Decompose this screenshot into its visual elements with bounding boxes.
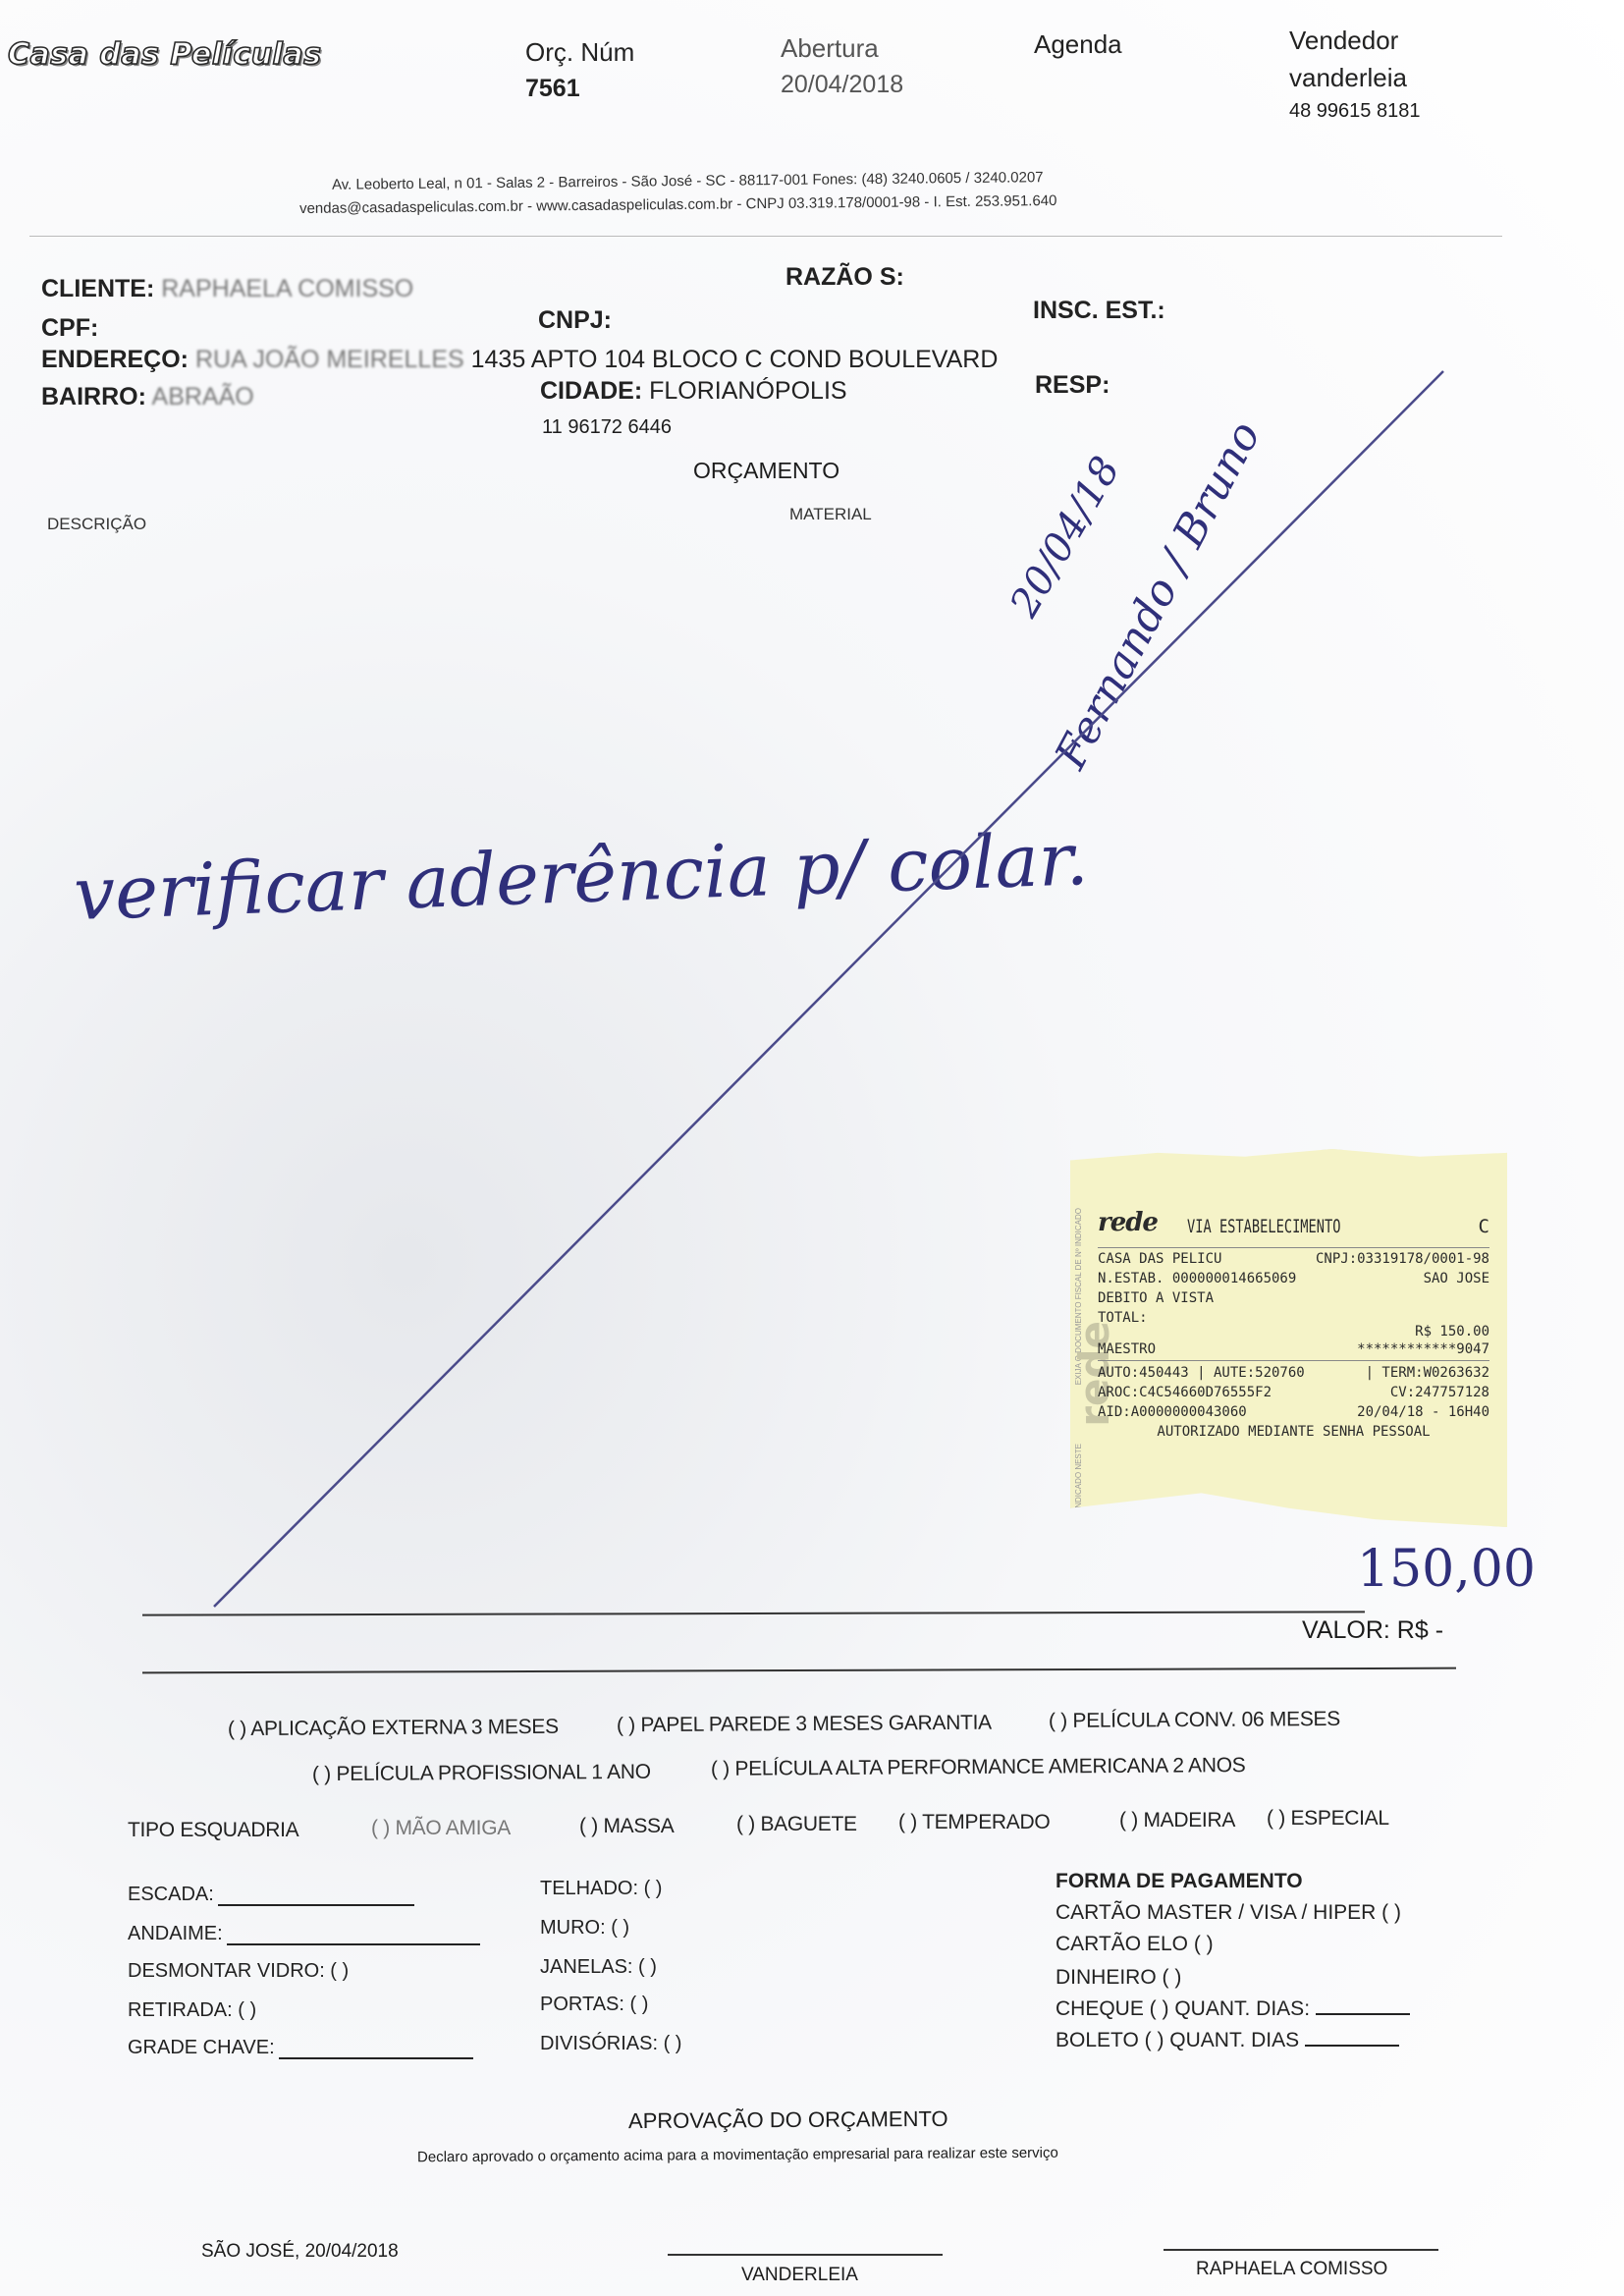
- payment-option-card[interactable]: CARTÃO MASTER / VISA / HIPER ( ): [1056, 1901, 1401, 1925]
- handwritten-date: 20/04/18: [1001, 449, 1129, 625]
- company-contact: vendas@casadaspeliculas.com.br - www.cas…: [299, 192, 1057, 217]
- value-line: [142, 1611, 1365, 1615]
- cancel-strike-line: [0, 0, 1624, 2296]
- cidade-row: CIDADE: FLORIANÓPOLIS: [540, 377, 847, 406]
- budget-title: ORÇAMENTO: [693, 458, 839, 484]
- bairro-label: BAIRRO:: [41, 383, 146, 410]
- extra-desmontar-vidro[interactable]: DESMONTAR VIDRO: ( ): [128, 1960, 349, 1983]
- receipt-merchant: CASA DAS PELICU: [1098, 1251, 1221, 1267]
- company-address: Av. Leoberto Leal, n 01 - Salas 2 - Barr…: [332, 169, 1044, 193]
- client-signature-line: [1164, 2249, 1438, 2251]
- opening-label: Abertura: [781, 33, 879, 64]
- frame-option-baguete[interactable]: ( ) BAGUETE: [736, 1813, 857, 1836]
- order-number: 7561: [525, 75, 580, 103]
- receipt-copy-code: C: [1479, 1216, 1489, 1237]
- client-signature-name: RAPHAELA COMISSO: [1196, 2259, 1387, 2280]
- receipt-cv: CV:247757128: [1390, 1385, 1489, 1400]
- receipt-auto: AUTO:450443 | AUTE:520760: [1098, 1365, 1305, 1381]
- extra-grade-chave-label: GRADE CHAVE:: [128, 2037, 275, 2058]
- receipt-type: DEBITO A VISTA: [1098, 1290, 1214, 1306]
- approval-place-date: SÃO JOSÉ, 20/04/2018: [201, 2241, 399, 2263]
- frame-type-label: TIPO ESQUADRIA: [128, 1819, 298, 1842]
- frame-option-mao-amiga[interactable]: ( ) MÃO AMIGA: [371, 1817, 511, 1840]
- service-option-conventional-film[interactable]: ( ) PELÍCULA CONV. 06 MESES: [1049, 1708, 1340, 1733]
- receipt-aid: AID:A0000000043060: [1098, 1404, 1247, 1420]
- receipt-aroc: AROC:C4C54660D76555F2: [1098, 1385, 1272, 1400]
- cidade-label: CIDADE:: [540, 377, 642, 405]
- receipt-side-note-bottom: INDICADO NESTE: [1074, 1444, 1083, 1510]
- seller-name: vanderleia: [1289, 63, 1407, 93]
- extra-andaime-label: ANDAIME:: [128, 1923, 223, 1944]
- address-row: ENDEREÇO: RUA JOÃO MEIRELLES 1435 APTO 1…: [41, 346, 998, 374]
- cnpj-label: CNPJ:: [538, 306, 612, 334]
- approval-declaration: Declaro aprovado o orçamento acima para …: [417, 2145, 1058, 2166]
- resp-row: RESP:: [1035, 371, 1110, 400]
- description-label: DESCRIÇÃO: [47, 515, 146, 534]
- extra-portas[interactable]: PORTAS: ( ): [540, 1994, 648, 2016]
- payment-option-elo[interactable]: CARTÃO ELO ( ): [1056, 1933, 1214, 1956]
- receipt-brand: rede: [1098, 1208, 1158, 1237]
- receipt-city: SAO JOSE: [1424, 1271, 1489, 1286]
- value-label: VALOR: R$ -: [1302, 1616, 1443, 1645]
- razao-row: RAZÃO S:: [785, 263, 904, 292]
- receipt-total-value: R$ 150.00: [1415, 1324, 1489, 1339]
- frame-option-madeira[interactable]: ( ) MADEIRA: [1119, 1809, 1235, 1832]
- frame-option-temperado[interactable]: ( ) TEMPERADO: [898, 1811, 1050, 1834]
- frame-option-massa[interactable]: ( ) MASSA: [579, 1815, 674, 1838]
- extra-janelas[interactable]: JANELAS: ( ): [540, 1956, 657, 1979]
- seller-label: Vendedor: [1289, 26, 1398, 56]
- extra-grade-chave[interactable]: GRADE CHAVE:: [128, 2037, 473, 2059]
- cidade-value: FLORIANÓPOLIS: [649, 377, 846, 405]
- order-number-label: Orç. Núm: [525, 37, 634, 68]
- razao-label: RAZÃO S:: [785, 263, 904, 291]
- insc-label: INSC. EST.:: [1033, 297, 1165, 324]
- payment-title: FORMA DE PAGAMENTO: [1056, 1870, 1303, 1893]
- seller-phone: 48 99615 8181: [1289, 100, 1420, 123]
- client-row: CLIENTE: RAPHAELA COMISSO: [41, 275, 413, 303]
- frame-option-especial[interactable]: ( ) ESPECIAL: [1267, 1807, 1389, 1831]
- section-divider: [142, 1667, 1456, 1674]
- bairro-value: ABRAÃO: [152, 383, 254, 410]
- payment-boleto-label: BOLETO ( ) QUANT. DIAS: [1056, 2029, 1299, 2051]
- cnpj-row: CNPJ:: [538, 306, 612, 335]
- receipt-title: VIA ESTABELECIMENTO: [1187, 1216, 1397, 1237]
- opening-date: 20/04/2018: [781, 71, 903, 99]
- address-value: 1435 APTO 104 BLOCO C COND BOULEVARD: [464, 346, 999, 373]
- extra-andaime[interactable]: ANDAIME:: [128, 1923, 480, 1945]
- extra-retirada[interactable]: RETIRADA: ( ): [128, 1999, 256, 2022]
- payment-cheque-label: CHEQUE ( ) QUANT. DIAS:: [1056, 1997, 1310, 2020]
- seller-signature-name: VANDERLEIA: [741, 2265, 858, 2286]
- receipt-estab: N.ESTAB. 000000014665069: [1098, 1271, 1296, 1286]
- extra-escada-label: ESCADA:: [128, 1884, 214, 1905]
- receipt-card-brand: MAESTRO: [1098, 1341, 1156, 1357]
- company-logo: Casa das Películas: [8, 37, 321, 72]
- extra-divisorias[interactable]: DIVISÓRIAS: ( ): [540, 2033, 681, 2055]
- material-label: MATERIAL: [789, 505, 872, 524]
- address-street: RUA JOÃO MEIRELLES: [195, 346, 464, 373]
- receipt-auth-note: AUTORIZADO MEDIANTE SENHA PESSOAL: [1157, 1424, 1430, 1440]
- receipt-term: | TERM:W0263632: [1366, 1365, 1489, 1381]
- approval-title: APROVAÇÃO DO ORÇAMENTO: [628, 2106, 948, 2134]
- seller-signature-line: [668, 2254, 943, 2256]
- payment-option-cheque[interactable]: CHEQUE ( ) QUANT. DIAS:: [1056, 1997, 1410, 2021]
- receipt-card-number: ************9047: [1357, 1341, 1489, 1357]
- handwritten-value: 150,00: [1357, 1540, 1536, 1599]
- schedule-label: Agenda: [1034, 29, 1122, 60]
- extra-telhado[interactable]: TELHADO: ( ): [540, 1878, 662, 1900]
- resp-label: RESP:: [1035, 371, 1110, 399]
- insc-row: INSC. EST.:: [1033, 297, 1165, 325]
- card-receipt: EXIJA O DOCUMENTO FISCAL DE Nº INDICADO …: [1070, 1149, 1507, 1527]
- receipt-datetime: 20/04/18 - 16H40: [1357, 1404, 1489, 1420]
- service-option-professional-film[interactable]: ( ) PELÍCULA PROFISSIONAL 1 ANO: [312, 1761, 651, 1786]
- address-label: ENDEREÇO:: [41, 346, 189, 373]
- service-option-high-performance-film[interactable]: ( ) PELÍCULA ALTA PERFORMANCE AMERICANA …: [711, 1754, 1246, 1781]
- client-name: RAPHAELA COMISSO: [161, 275, 413, 302]
- cpf-label: CPF:: [41, 314, 98, 342]
- service-option-external[interactable]: ( ) APLICAÇÃO EXTERNA 3 MESES: [228, 1716, 559, 1741]
- service-option-wallpaper[interactable]: ( ) PAPEL PAREDE 3 MESES GARANTIA: [617, 1712, 992, 1738]
- extra-muro[interactable]: MURO: ( ): [540, 1917, 629, 1940]
- bairro-row: BAIRRO: ABRAÃO: [41, 383, 254, 411]
- header-divider: [29, 236, 1502, 237]
- payment-option-boleto[interactable]: BOLETO ( ) QUANT. DIAS: [1056, 2029, 1399, 2052]
- client-label: CLIENTE:: [41, 275, 154, 302]
- handwritten-note: verificar aderência p/ colar.: [73, 817, 1090, 937]
- client-phone: 11 96172 6446: [542, 416, 672, 439]
- extra-escada[interactable]: ESCADA:: [128, 1884, 414, 1906]
- receipt-cnpj: CNPJ:03319178/0001-98: [1316, 1251, 1489, 1267]
- cpf-row: CPF:: [41, 314, 98, 343]
- payment-option-cash[interactable]: DINHEIRO ( ): [1056, 1966, 1181, 1990]
